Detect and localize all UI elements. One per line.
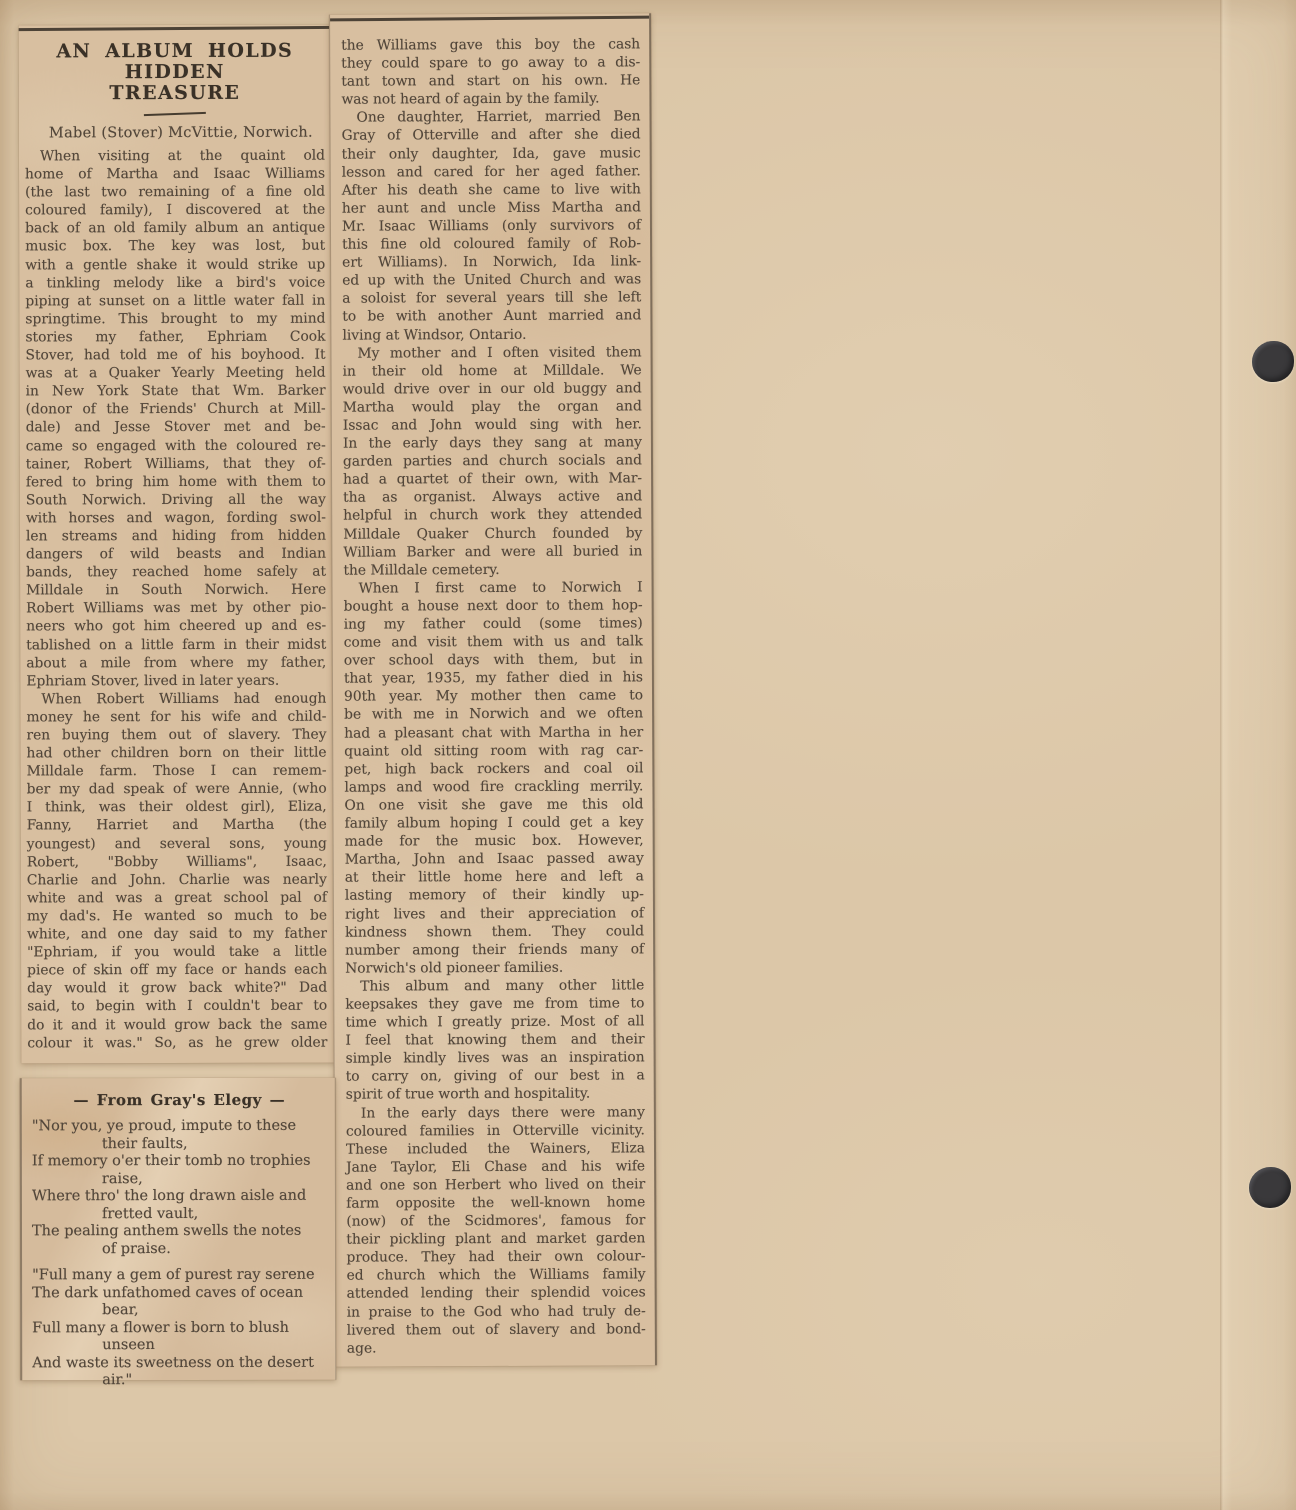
article-text-line: William Barker and were all buried in bbox=[343, 542, 642, 561]
poem-line: "Full many a gem of purest ray serene bbox=[32, 1267, 327, 1285]
article-text-line: tainer, Robert Williams, that they of- bbox=[26, 454, 326, 473]
clipping-grays-elegy: — From Gray's Elegy — "Nor you, ye proud… bbox=[20, 1078, 337, 1381]
elegy-stanza: "Full many a gem of purest ray sereneThe… bbox=[32, 1267, 327, 1390]
poem-line: Where thro' the long drawn aisle and bbox=[32, 1188, 327, 1206]
article-text-line: ing my father could (some times) bbox=[344, 614, 643, 633]
article-text-line: the Milldale cemetery. bbox=[343, 560, 642, 579]
clipping-article-left-column: AN ALBUM HOLDS HIDDEN TREASURE Mabel (St… bbox=[19, 25, 337, 1064]
article-text-line: farm opposite the well-known home bbox=[346, 1193, 645, 1212]
article-text-line: white and was a great school pal of bbox=[27, 888, 327, 907]
article-text-line: day would it grow back white?" Dad bbox=[27, 979, 327, 998]
article-text-line: stories my father, Ephriam Cook bbox=[25, 328, 325, 347]
article-text-line: be with me in Norwich and we often bbox=[344, 705, 643, 724]
poem-line: Full many a flower is born to blush bbox=[32, 1319, 327, 1337]
article-text-line: springtime. This brought to my mind bbox=[25, 309, 325, 328]
article-title-line-2: TREASURE bbox=[25, 83, 325, 105]
article-text-line: Ephriam Stover, lived in later years. bbox=[26, 671, 326, 690]
article-text-line: coloured families in Otterville vicinity… bbox=[346, 1121, 645, 1140]
article-text-line: (donor of the Friends' Church at Mill- bbox=[26, 400, 326, 419]
article-text-line: ed up with the United Church and was bbox=[342, 271, 641, 290]
article-text-line: "Ephriam, if you would take a little bbox=[27, 943, 327, 962]
article-text-line: piping at sunset on a little water fall … bbox=[25, 291, 325, 310]
article-text-line: neers who got him cheered up and es- bbox=[26, 617, 326, 636]
article-text-line: When I first came to Norwich I bbox=[344, 578, 643, 597]
article-text-line: youngest) and several sons, young bbox=[27, 834, 327, 853]
article-text-line: keepsakes they gave me from time to bbox=[345, 994, 644, 1013]
article-title: AN ALBUM HOLDS HIDDEN TREASURE bbox=[25, 41, 325, 105]
article-text-line: Gray of Otterville and after she died bbox=[342, 126, 641, 145]
article-text-line: My mother and I often visited them bbox=[342, 343, 641, 362]
article-text-line: quaint old sitting room with rag car- bbox=[344, 741, 643, 760]
article-text-line: with a gentle shake it would strike up bbox=[25, 255, 325, 274]
article-text-line: they could spare to go away to a dis- bbox=[341, 53, 640, 72]
article-title-line-1: AN ALBUM HOLDS HIDDEN bbox=[25, 41, 325, 84]
article-text-line: home of Martha and Isaac Williams bbox=[25, 165, 325, 184]
article-text-line: I feel that knowing them and their bbox=[345, 1030, 644, 1049]
article-text-line: These included the Wainers, Eliza bbox=[346, 1139, 645, 1158]
article-text-line: colour it was." So, as he grew older bbox=[27, 1033, 327, 1052]
article-text-line: in their old home at Milldale. We bbox=[343, 361, 642, 380]
clipping-article-right-column: the Williams gave this boy the cashthey … bbox=[329, 13, 657, 1366]
article-text-line: dale) and Jesse Stover met and be- bbox=[26, 418, 326, 437]
article-text-line: coloured family), I discovered at the bbox=[25, 201, 325, 220]
article-text-line: kindness shown them. They could bbox=[345, 922, 644, 941]
article-text-line: dangers of wild beasts and Indian bbox=[26, 545, 326, 564]
article-text-line: white, and one day said to my father bbox=[27, 925, 327, 944]
binder-hole-top bbox=[1252, 341, 1294, 382]
article-text-line: a soloist for several years till she lef… bbox=[342, 289, 641, 308]
article-text-line: garden parties and church socials and bbox=[343, 452, 642, 471]
article-text-line: about a mile from where my father, bbox=[26, 653, 326, 672]
article-text-line: len streams and hiding from hidden bbox=[26, 527, 326, 546]
article-text-line: (now) of the Scidmores', famous for bbox=[346, 1211, 645, 1230]
article-text-line: this fine old coloured family of Rob- bbox=[342, 234, 641, 253]
article-text-line: that year, 1935, my father died in his bbox=[344, 669, 643, 688]
article-text-line: in New York State that Wm. Barker bbox=[26, 382, 326, 401]
elegy-poem: "Nor you, ye proud, impute to thesetheir… bbox=[32, 1118, 327, 1390]
article-text-line: bought a house next door to them hop- bbox=[344, 596, 643, 615]
clipping-top-rule bbox=[19, 26, 333, 31]
article-text-line: to carry on, giving of our best in a bbox=[346, 1067, 645, 1086]
article-text-line: the Williams gave this boy the cash bbox=[341, 35, 640, 54]
article-text-line: a tinkling melody like a bird's voice bbox=[25, 273, 325, 292]
article-text-line: ber my dad speak of were Annie, (who bbox=[27, 780, 327, 799]
article-text-line: ed church which the Williams family bbox=[347, 1266, 646, 1285]
page-crease bbox=[1220, 0, 1296, 1510]
article-text-line: Robert Williams was met by other pio- bbox=[26, 599, 326, 618]
article-text-line: their pickling plant and market garden bbox=[346, 1230, 645, 1249]
poem-line: air." bbox=[32, 1372, 327, 1390]
article-text-line: right lives and their appreciation of bbox=[345, 904, 644, 923]
article-text-line: to be with another Aunt married and bbox=[342, 307, 641, 326]
article-text-line: In the early days they sang at many bbox=[343, 433, 642, 452]
article-text-line: produce. They had their own colour- bbox=[346, 1248, 645, 1267]
article-text-line: simple kindly lives was an inspiration bbox=[346, 1049, 645, 1068]
article-text-line: living at Windsor, Ontario. bbox=[342, 325, 641, 344]
binder-hole-bottom bbox=[1249, 1167, 1291, 1208]
article-text-line: Issac and John would sing with her. bbox=[343, 415, 642, 434]
article-text-line: made for the music box. However, bbox=[345, 831, 644, 850]
poem-line: If memory o'er their tomb no trophies bbox=[32, 1153, 327, 1171]
poem-line: "Nor you, ye proud, impute to these bbox=[32, 1118, 327, 1136]
article-text-line: lamps and wood fire crackling merrily. bbox=[344, 777, 643, 796]
article-text-line: and one son Herbert who lived on their bbox=[346, 1175, 645, 1194]
article-text-line: fered to bring him home with them to bbox=[26, 472, 326, 491]
article-text-line: my dad's. He wanted so much to be bbox=[27, 907, 327, 926]
poem-line: The dark unfathomed caves of ocean bbox=[32, 1284, 327, 1302]
article-text-line: tant town and start on his own. He bbox=[341, 72, 640, 91]
article-text-line: South Norwich. Driving all the way bbox=[26, 490, 326, 509]
article-text-line: was not heard of again by the family. bbox=[341, 90, 640, 109]
poem-line: unseen bbox=[32, 1337, 327, 1355]
poem-line: The pealing anthem swells the notes bbox=[32, 1223, 327, 1241]
article-text-line: Fanny, Harriet and Martha (the bbox=[27, 816, 327, 835]
article-text-line: in praise to the God who had truly de- bbox=[347, 1302, 646, 1321]
poem-line: fretted vault, bbox=[32, 1205, 327, 1223]
article-text-line: attended lending their splendid voices bbox=[347, 1284, 646, 1303]
article-text-line: pet, high back rockers and coal oil bbox=[344, 759, 643, 778]
article-text-line: was at a Quaker Yearly Meeting held bbox=[26, 364, 326, 383]
elegy-title: — From Gray's Elegy — bbox=[32, 1090, 327, 1111]
article-text-line: Charlie and John. Charlie was nearly bbox=[27, 870, 327, 889]
poem-line: raise, bbox=[32, 1170, 327, 1188]
article-byline: Mabel (Stover) McVittie, Norwich. bbox=[25, 125, 325, 142]
clipping-top-rule bbox=[330, 16, 649, 22]
article-text-line: age. bbox=[347, 1338, 646, 1357]
article-text-line: After his death she came to live with bbox=[342, 180, 641, 199]
article-text-line: When Robert Williams had enough bbox=[26, 689, 326, 708]
article-text-line: had a quartet of their own, with Mar- bbox=[343, 470, 642, 489]
article-text-line: Milldale in South Norwich. Here bbox=[26, 581, 326, 600]
article-text-line: Robert, "Bobby Williams", Isaac, bbox=[27, 852, 327, 871]
article-text-line: spirit of true worth and hospitality. bbox=[346, 1085, 645, 1104]
article-text-line: her aunt and uncle Miss Martha and bbox=[342, 198, 641, 217]
article-text-line: ert Williams). In Norwich, Ida link- bbox=[342, 252, 641, 271]
article-text-line: On one visit she gave me this old bbox=[344, 795, 643, 814]
article-text-line: I think, was their oldest girl), Eliza, bbox=[27, 798, 327, 817]
article-text-line: (the last two remaining of a fine old bbox=[25, 183, 325, 202]
poem-line: bear, bbox=[32, 1302, 327, 1320]
article-text-line: had other children born on their little bbox=[27, 744, 327, 763]
article-left-column-text: When visiting at the quaint oldhome of M… bbox=[25, 147, 327, 1052]
article-text-line: Norwich's old pioneer families. bbox=[345, 958, 644, 977]
article-text-line: This album and many other little bbox=[345, 976, 644, 995]
article-text-line: Mr. Isaac Williams (only survivors of bbox=[342, 216, 641, 235]
article-text-line: lesson and cared for her aged father. bbox=[342, 162, 641, 181]
article-text-line: over school days with them, but in bbox=[344, 651, 643, 670]
article-text-line: lasting memory of their kindly up- bbox=[345, 886, 644, 905]
article-text-line: livered them out of slavery and bond- bbox=[347, 1320, 646, 1339]
article-text-line: had a pleasant chat with Martha in her bbox=[344, 723, 643, 742]
article-text-line: said, to begin with I couldn't bear to bbox=[27, 997, 327, 1016]
article-text-line: Milldale farm. Those I can remem- bbox=[27, 762, 327, 781]
article-right-column-text: the Williams gave this boy the cashthey … bbox=[341, 35, 646, 1357]
title-divider-dash bbox=[144, 112, 206, 116]
poem-line: their faults, bbox=[32, 1135, 327, 1153]
article-text-line: Milldale Quaker Church founded by bbox=[343, 524, 642, 543]
article-text-line: music box. The key was lost, but bbox=[25, 237, 325, 256]
article-text-line: tha as organist. Always active and bbox=[343, 488, 642, 507]
poem-line: And waste its sweetness on the desert bbox=[32, 1354, 327, 1372]
article-text-line: number among their friends many of bbox=[345, 940, 644, 959]
article-text-line: came so engaged with the coloured re- bbox=[26, 436, 326, 455]
article-text-line: at their little home here and left a bbox=[345, 868, 644, 887]
article-text-line: back of an old family album an antique bbox=[25, 219, 325, 238]
article-text-line: bands, they reached home safely at bbox=[26, 563, 326, 582]
article-text-line: tablished on a little farm in their mids… bbox=[26, 635, 326, 654]
article-text-line: When visiting at the quaint old bbox=[25, 147, 325, 166]
article-text-line: Martha would play the organ and bbox=[343, 397, 642, 416]
article-text-line: piece of skin off my face or hands each bbox=[27, 961, 327, 980]
article-text-line: time which I greatly prize. Most of all bbox=[345, 1012, 644, 1031]
article-text-line: would drive over in our old buggy and bbox=[343, 379, 642, 398]
scrapbook-page: AN ALBUM HOLDS HIDDEN TREASURE Mabel (St… bbox=[0, 0, 1296, 1510]
article-text-line: In the early days there were many bbox=[346, 1103, 645, 1122]
article-text-line: family album hoping I could get a key bbox=[345, 813, 644, 832]
article-text-line: do it and it would grow back the same bbox=[27, 1015, 327, 1034]
article-text-line: Jane Taylor, Eli Chase and his wife bbox=[346, 1157, 645, 1176]
article-text-line: their only daughter, Ida, gave music bbox=[342, 144, 641, 163]
elegy-stanza: "Nor you, ye proud, impute to thesetheir… bbox=[32, 1118, 327, 1259]
article-text-line: come and visit them with us and talk bbox=[344, 632, 643, 651]
poem-line: of praise. bbox=[32, 1240, 327, 1258]
article-text-line: money he sent for his wife and child- bbox=[26, 708, 326, 727]
article-text-line: with horses and wagon, fording swol- bbox=[26, 508, 326, 527]
article-text-line: helpful in church work they attended bbox=[343, 506, 642, 525]
article-text-line: One daughter, Harriet, married Ben bbox=[341, 108, 640, 127]
article-text-line: Stover, had told me of his boyhood. It bbox=[25, 346, 325, 365]
article-text-line: Martha, John and Isaac passed away bbox=[345, 850, 644, 869]
article-text-line: ren buying them out of slavery. They bbox=[26, 726, 326, 745]
article-text-line: 90th year. My mother then came to bbox=[344, 687, 643, 706]
